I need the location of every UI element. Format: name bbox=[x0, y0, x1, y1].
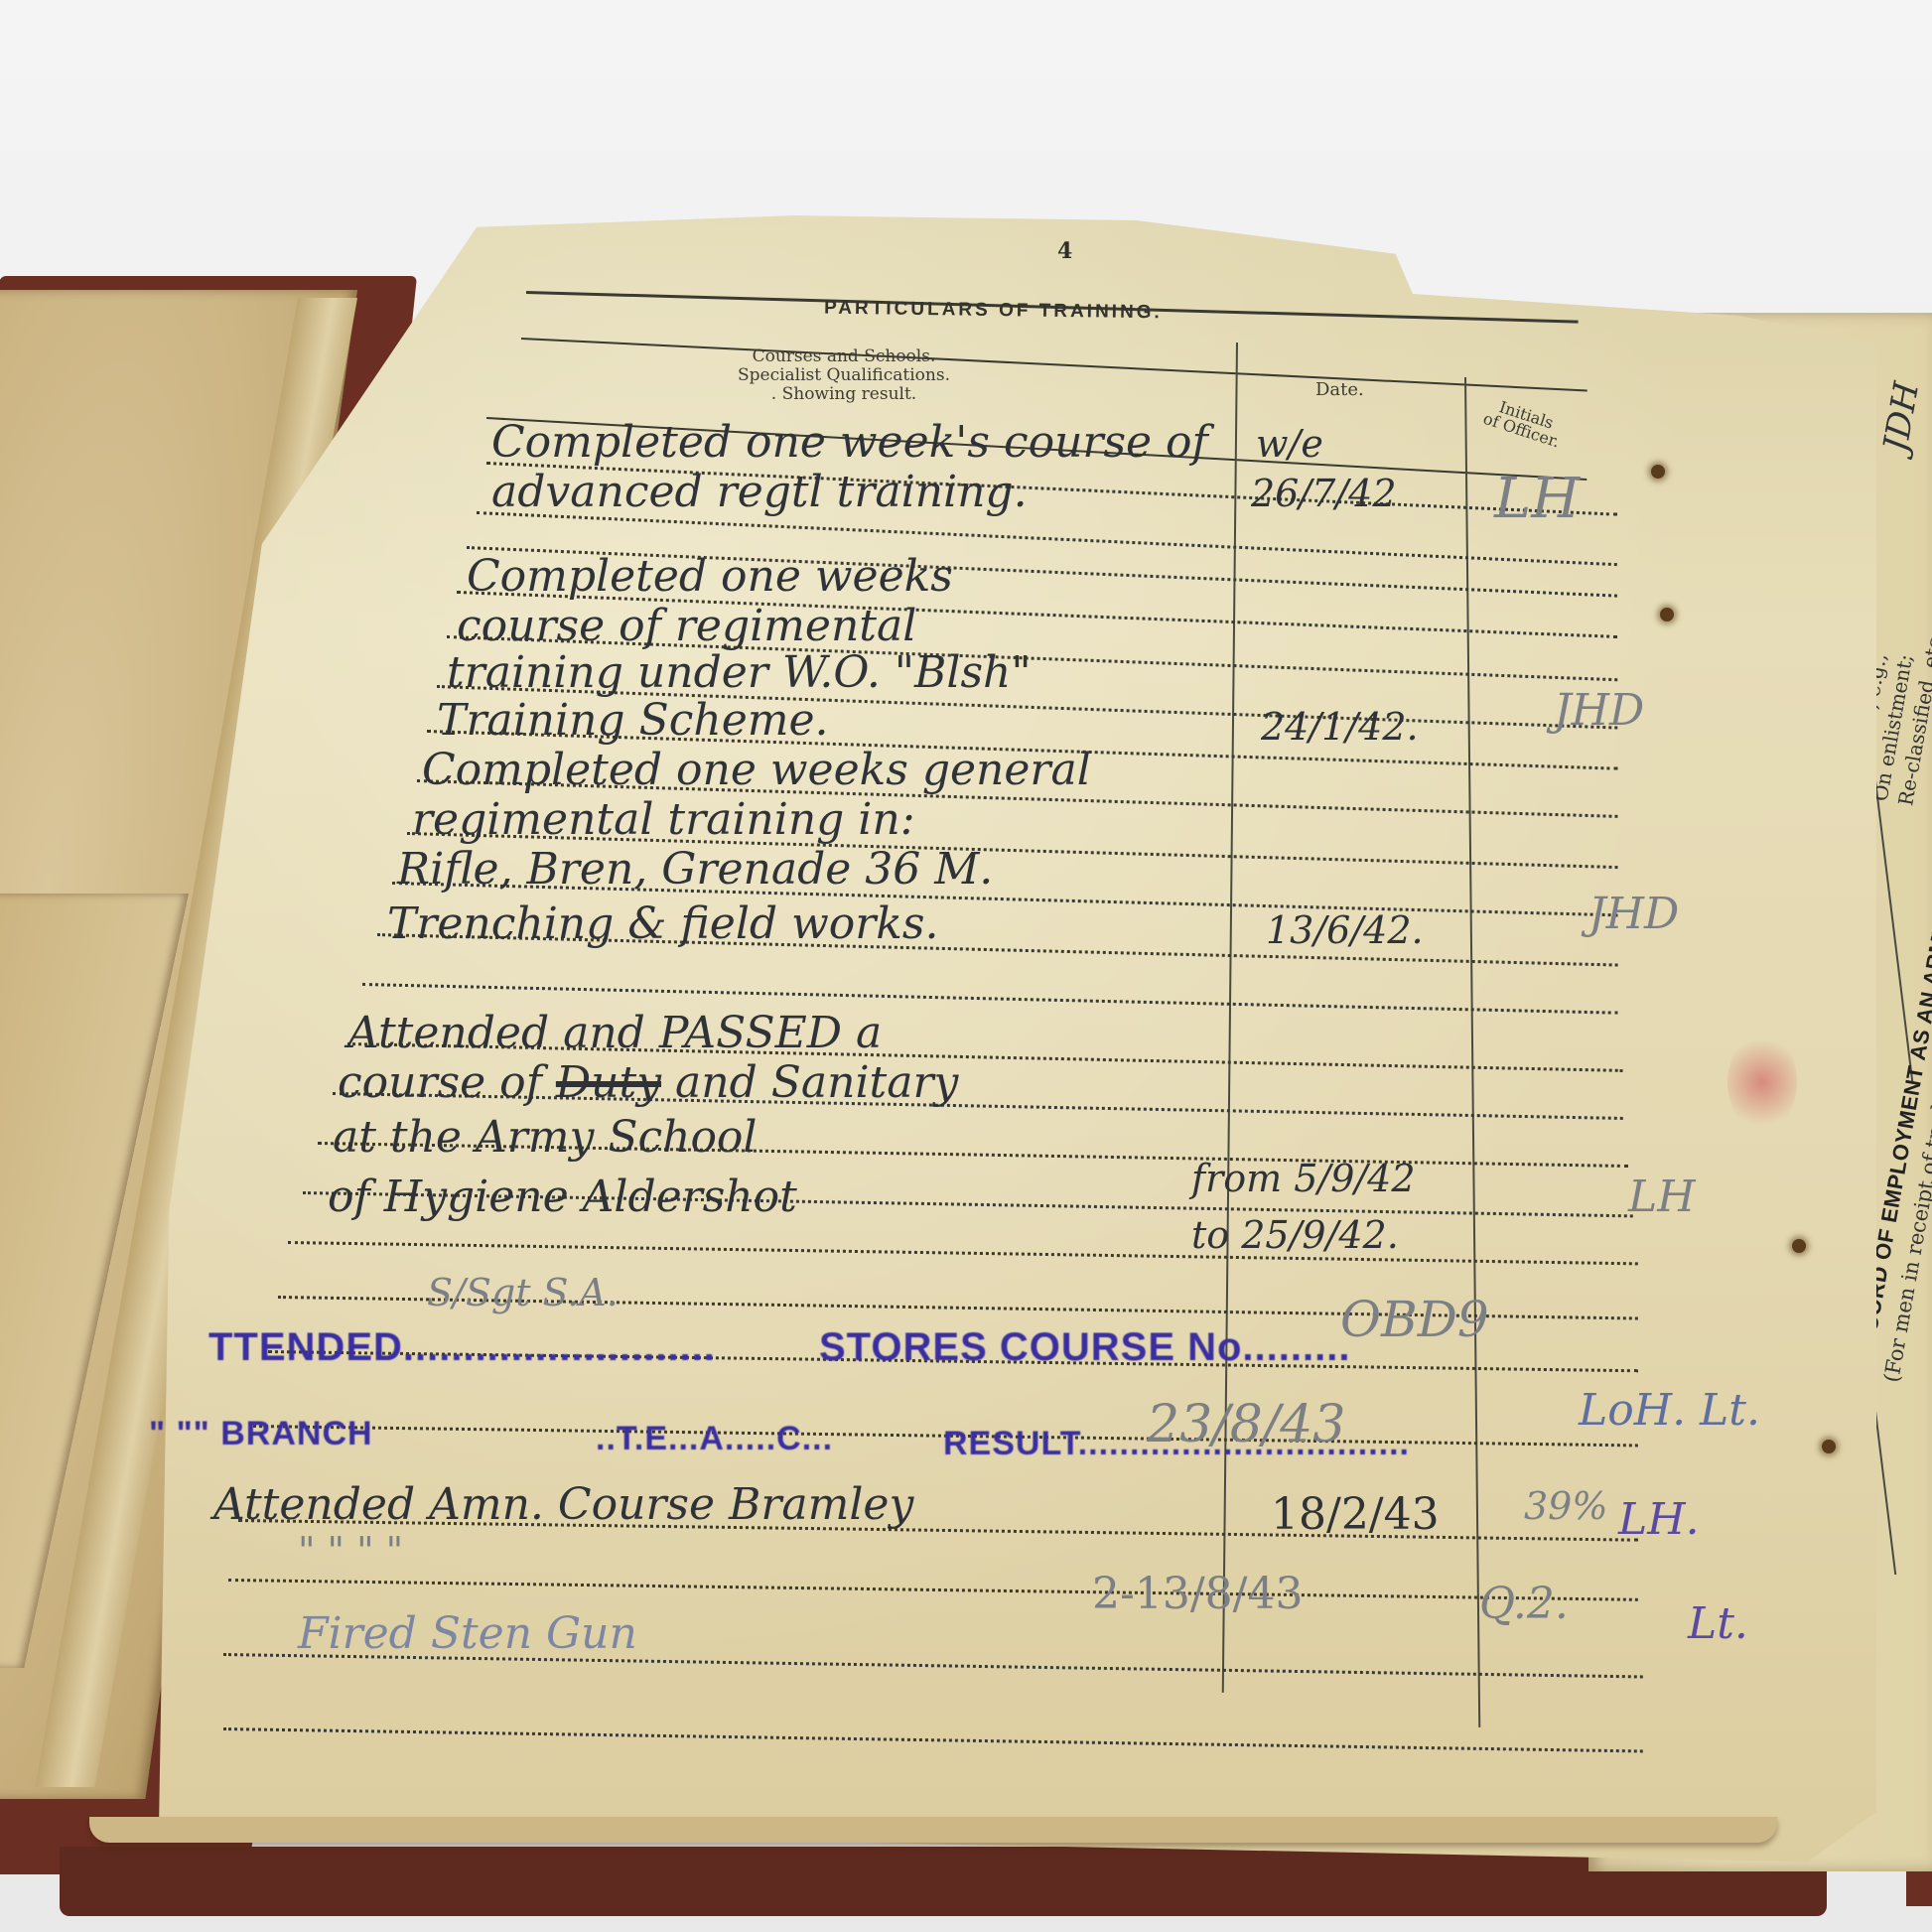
page-bottom-edge bbox=[89, 1817, 1777, 1843]
entry-3-initials: JHD bbox=[1588, 889, 1679, 939]
entry-1-date-prefix: w/e bbox=[1256, 422, 1323, 466]
stamp-date: 23/8/43 bbox=[1147, 1395, 1345, 1454]
final-entry-3: Fired Sten Gun bbox=[298, 1608, 637, 1659]
final-entry-2-ditto: " " " " bbox=[298, 1529, 403, 1573]
entry-4-date-from: from 5/9/42 bbox=[1191, 1157, 1416, 1200]
final-entry-1: Attended Amn. Course Bramley bbox=[213, 1479, 913, 1530]
entry-2-line-4: Training Scheme. bbox=[437, 695, 829, 746]
stamp-initials: LoH. Lt. bbox=[1579, 1385, 1760, 1436]
binding-hole bbox=[1792, 1239, 1806, 1253]
entry-2-line-2: course of regimental bbox=[457, 601, 916, 651]
binding-hole bbox=[1651, 465, 1665, 479]
entry-2-line-1: Completed one weeks bbox=[467, 551, 953, 602]
entry-2-date: 24/1/42. bbox=[1261, 705, 1419, 749]
date-column-header: Date. bbox=[1315, 379, 1364, 400]
entry-1-date: 26/7/42 bbox=[1251, 472, 1397, 515]
entry-1-line-2: advanced regtl training. bbox=[491, 467, 1028, 517]
final-entry-2-result: Q.2. bbox=[1479, 1579, 1569, 1629]
struck-word: Duty bbox=[556, 1057, 661, 1108]
entry-4-line-1: Attended and PASSED a bbox=[347, 1008, 882, 1058]
entry-4-line-2: course of Duty and Sanitary bbox=[338, 1057, 958, 1108]
entry-2-initials: JHD bbox=[1554, 685, 1644, 736]
final-entry-1-result: 39% bbox=[1524, 1484, 1607, 1528]
book-cover-bottom bbox=[60, 1847, 1827, 1916]
final-entry-1-date: 18/2/43 bbox=[1271, 1489, 1440, 1540]
entry-3-line-4: Trenching & field works. bbox=[387, 898, 938, 949]
stamp-attended: TTENDED.......................... bbox=[208, 1325, 716, 1370]
stamp-branch: " "" BRANCH bbox=[149, 1415, 373, 1453]
courses-column-header: Courses and Schools. Specialist Qualific… bbox=[685, 347, 1003, 404]
entry-4-line-4: of Hygiene Aldershot bbox=[328, 1172, 797, 1222]
entry-2-line-3: training under W.O. "Blsh" bbox=[447, 647, 1032, 698]
final-entry-1-initials: LH. bbox=[1618, 1494, 1700, 1545]
entry-3-line-1: Completed one weeks general bbox=[422, 745, 1091, 795]
entry-1-line-1: Completed one week's course of bbox=[491, 417, 1208, 468]
stamp-course-number: OBD9 bbox=[1340, 1291, 1489, 1348]
final-entry-2-initials: Lt. bbox=[1688, 1598, 1748, 1649]
page-number: 4 bbox=[1057, 238, 1072, 264]
stamp-branch-code: ..T.E...A.....C... bbox=[596, 1420, 833, 1458]
stamp-stores-course: STORES COURSE No......... bbox=[819, 1325, 1350, 1370]
final-entry-2-date: 2-13/8/43 bbox=[1092, 1569, 1303, 1619]
red-stain bbox=[1727, 1033, 1797, 1132]
annotation-ssgt: S/Sgt S.A. bbox=[427, 1271, 619, 1314]
entry-4-date-to: to 25/9/42. bbox=[1191, 1213, 1399, 1257]
entry-3-date: 13/6/42. bbox=[1266, 908, 1424, 952]
entry-4-initials: LH bbox=[1628, 1172, 1696, 1222]
entry-3-line-3: Rifle, Bren, Grenade 36 M. bbox=[397, 844, 993, 895]
binding-hole bbox=[1822, 1440, 1836, 1453]
entry-1-initials: LH bbox=[1494, 467, 1580, 531]
entry-3-line-2: regimental training in: bbox=[412, 794, 915, 845]
binding-hole bbox=[1660, 608, 1674, 621]
entry-4-line-3: at the Army School bbox=[333, 1112, 758, 1163]
